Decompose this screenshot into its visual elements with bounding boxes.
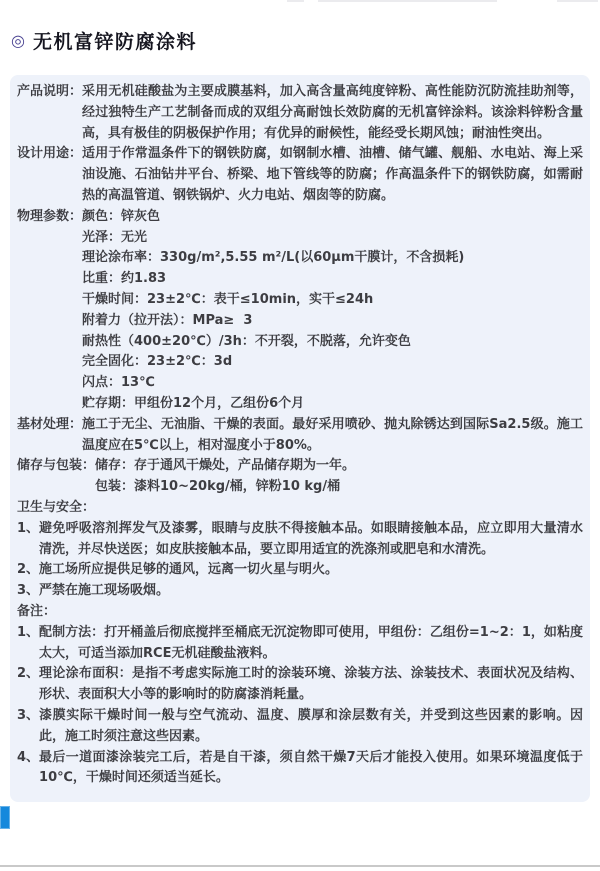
note-item-text: 最后一道面漆涂装完工后，若是自干漆，须自然干燥7天后才能投入使用。如果环境温度低…: [39, 748, 583, 790]
design-usage-row: 设计用途： 适用于作常温条件下的钢铁防腐，如钢制水槽、油槽、储气罐、舰船、水电站…: [17, 144, 583, 206]
section-bullet-icon: ◎: [11, 33, 25, 49]
safety-item-text: 施工场所应提供足够的通风，远离一切火星与明火。: [39, 560, 583, 581]
physical-param-line: 贮存期：甲组份12个月，乙组份6个月: [82, 394, 583, 415]
physical-param-line: 附着力（拉开法）：MPa≥ 3: [82, 311, 583, 332]
physical-params-label: 物理参数：: [17, 207, 82, 415]
safety-item-text: 避免呼吸溶剂挥发气及漆雾，眼睛与皮肤不得接触本品。如眼睛接触本品，应立即用大量清…: [39, 519, 583, 561]
note-item-number: 2、: [17, 664, 39, 706]
design-usage-label: 设计用途：: [17, 144, 82, 206]
physical-param-line: 耐热性（400±20℃）/3h：不开裂，不脱落，允许变色: [82, 332, 583, 353]
page-title: ◎ 无机富锌防腐涂料: [11, 27, 197, 54]
product-datasheet-card: 产品说明： 采用无机硅酸盐为主要成膜基料，加入高含量高纯度锌粉、高性能防沉防流挂…: [10, 75, 590, 802]
design-usage-text: 适用于作常温条件下的钢铁防腐，如钢制水槽、油槽、储气罐、舰船、水电站、海上采油设…: [82, 144, 583, 206]
note-item-number: 3、: [17, 706, 39, 748]
physical-param-line: 颜色：锌灰色: [82, 207, 583, 228]
notes-section-heading: 备注：: [17, 602, 583, 623]
physical-param-line: 光泽：无光: [82, 228, 583, 249]
safety-section-heading: 卫生与安全：: [17, 498, 583, 519]
note-item-number: 1、: [17, 623, 39, 665]
note-item: 3、 漆膜实际干燥时间一般与空气流动、温度、膜厚和涂层数有关，并受到这些因素的影…: [17, 706, 583, 748]
safety-item-number: 3、: [17, 581, 39, 602]
note-item: 4、 最后一道面漆涂装完工后，若是自干漆，须自然干燥7天后才能投入使用。如果环境…: [17, 748, 583, 790]
note-item: 1、 配制方法：打开桶盖后彻底搅拌至桶底无沉淀物即可使用，甲组份：乙组份=1~2…: [17, 623, 583, 665]
physical-param-line: 闪点：13℃: [82, 373, 583, 394]
page: ◎ 无机富锌防腐涂料 产品说明： 采用无机硅酸盐为主要成膜基料，加入高含量高纯度…: [0, 0, 600, 871]
note-item-number: 4、: [17, 748, 39, 790]
physical-params-list: 颜色：锌灰色 光泽：无光 理论涂布率：330g/m²,5.55 m²/L(以60…: [82, 207, 583, 415]
physical-param-line: 完全固化：23±2℃：3d: [82, 352, 583, 373]
top-edge-artifact: [287, 0, 304, 2]
substrate-treatment-row: 基材处理： 施工于无尘、无油脂、干燥的表面。最好采用喷砂、抛丸除锈达到国际Sa2…: [17, 415, 583, 457]
safety-item-number: 2、: [17, 560, 39, 581]
substrate-treatment-text: 施工于无尘、无油脂、干燥的表面。最好采用喷砂、抛丸除锈达到国际Sa2.5级。施工…: [82, 415, 583, 457]
top-edge-artifact: [318, 0, 497, 2]
product-description-label: 产品说明：: [17, 82, 82, 144]
safety-item: 2、 施工场所应提供足够的通风，远离一切火星与明火。: [17, 560, 583, 581]
physical-param-line: 干燥时间：23±2℃：表干≤10min，实干≤24h: [82, 290, 583, 311]
storage-packaging-list: 储存：存于通风干燥处，产品储存期为一年。 包装：漆料10~20kg/桶，锌粉10…: [95, 456, 583, 498]
safety-item: 3、 严禁在施工现场吸烟。: [17, 581, 583, 602]
physical-params-row: 物理参数： 颜色：锌灰色 光泽：无光 理论涂布率：330g/m²,5.55 m²…: [17, 207, 583, 415]
product-description-row: 产品说明： 采用无机硅酸盐为主要成膜基料，加入高含量高纯度锌粉、高性能防沉防流挂…: [17, 82, 583, 144]
storage-line: 储存：存于通风干燥处，产品储存期为一年。: [95, 456, 583, 477]
safety-item: 1、 避免呼吸溶剂挥发气及漆雾，眼睛与皮肤不得接触本品。如眼睛接触本品，应立即用…: [17, 519, 583, 561]
left-edge-blue-tab: [0, 806, 10, 829]
substrate-treatment-label: 基材处理：: [17, 415, 82, 457]
note-item-text: 漆膜实际干燥时间一般与空气流动、温度、膜厚和涂层数有关，并受到这些因素的影响。因…: [39, 706, 583, 748]
top-edge-artifact: [557, 0, 598, 2]
physical-param-line: 比重：约1.83: [82, 269, 583, 290]
bottom-divider-line: [0, 865, 600, 867]
safety-item-number: 1、: [17, 519, 39, 561]
note-item-text: 配制方法：打开桶盖后彻底搅拌至桶底无沉淀物即可使用，甲组份：乙组份=1~2：1，…: [39, 623, 583, 665]
note-item: 2、 理论涂布面积：是指不考虑实际施工时的涂装环境、涂装方法、涂装技术、表面状况…: [17, 664, 583, 706]
storage-packaging-label: 储存与包装：: [17, 456, 95, 498]
product-description-text: 采用无机硅酸盐为主要成膜基料，加入高含量高纯度锌粉、高性能防沉防流挂助剂等，经过…: [82, 82, 583, 144]
page-title-text: 无机富锌防腐涂料: [33, 27, 197, 54]
packaging-line: 包装：漆料10~20kg/桶，锌粉10 kg/桶: [95, 477, 583, 498]
storage-packaging-row: 储存与包装： 储存：存于通风干燥处，产品储存期为一年。 包装：漆料10~20kg…: [17, 456, 583, 498]
note-item-text: 理论涂布面积：是指不考虑实际施工时的涂装环境、涂装方法、涂装技术、表面状况及结构…: [39, 664, 583, 706]
safety-item-text: 严禁在施工现场吸烟。: [39, 581, 583, 602]
physical-param-line: 理论涂布率：330g/m²,5.55 m²/L(以60μm干膜计，不含损耗): [82, 248, 583, 269]
